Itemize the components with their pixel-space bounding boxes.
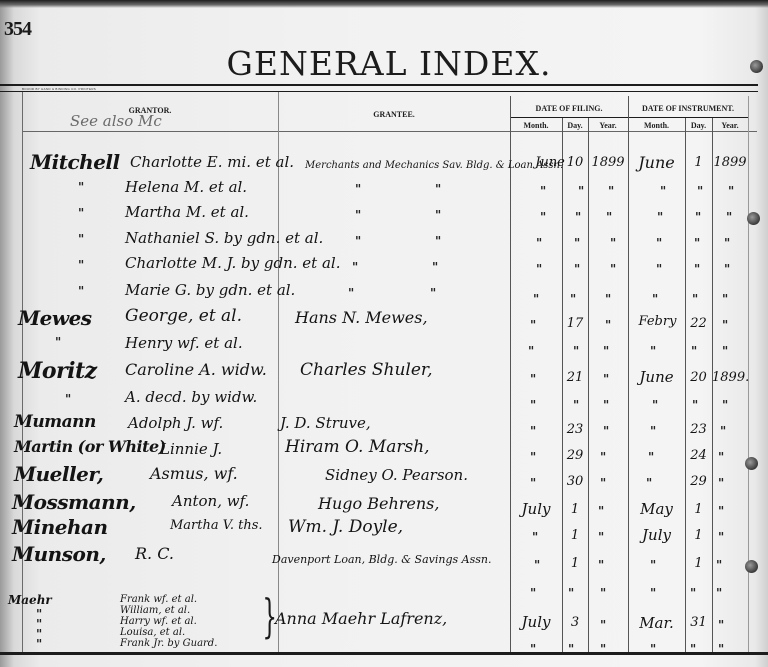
ditto-mark: " xyxy=(530,398,536,412)
ditto-mark: " xyxy=(78,232,84,246)
filing-day: 3 xyxy=(562,615,588,630)
ditto-mark: " xyxy=(355,234,361,248)
grantor-given: Marie G. by gdn. et al. xyxy=(125,281,295,299)
granter: Wm. J. Doyle, xyxy=(288,517,403,537)
binder-hole-icon xyxy=(750,60,763,73)
instr-month: June xyxy=(628,153,685,172)
header-instr-year: Year. xyxy=(712,121,748,130)
ditto-mark: " xyxy=(657,210,663,224)
ledger-page: 354 GENERAL INDEX. BOUND BY HAND & BINDI… xyxy=(0,0,768,667)
grantor-given: Anton, wf. xyxy=(172,492,249,510)
instr-year: 1899. xyxy=(712,370,748,385)
binder-hole-icon xyxy=(747,212,760,225)
page-number: 354 xyxy=(4,18,31,41)
ditto-mark: " xyxy=(650,642,656,656)
ditto-mark: " xyxy=(65,392,71,406)
ditto-mark: " xyxy=(603,398,609,412)
ditto-mark: " xyxy=(692,398,698,412)
col-line-filing-month-day xyxy=(562,118,563,652)
ditto-mark: " xyxy=(573,344,579,358)
ditto-mark: " xyxy=(600,586,606,600)
filing-day: 17 xyxy=(562,316,588,331)
col-line-grantor-granter xyxy=(278,92,279,652)
ditto-mark: " xyxy=(610,262,616,276)
ditto-mark: " xyxy=(718,618,724,632)
grantor-surname: Mueller, xyxy=(14,462,103,486)
grantor-given: Martha M. et al. xyxy=(125,203,249,221)
header-filing-day: Day. xyxy=(562,121,588,130)
granter: Hans N. Mewes, xyxy=(295,308,428,327)
grantor-surname: Martin (or White) xyxy=(14,437,166,456)
header-date-of-filing: DATE OF FILING. xyxy=(510,104,628,113)
grantor-surname: Munson, xyxy=(12,542,106,566)
granter: J. D. Struve, xyxy=(280,414,371,432)
header-instr-month: Month. xyxy=(628,121,685,130)
instr-day: 29 xyxy=(685,474,712,489)
ditto-mark: " xyxy=(598,504,604,518)
ditto-mark: " xyxy=(603,344,609,358)
instr-day: 20 xyxy=(685,370,712,385)
ditto-mark: " xyxy=(606,210,612,224)
grantor-given-line: Louisa, et al. xyxy=(120,627,185,638)
ditto-mark: " xyxy=(578,184,584,198)
granter: Hugo Behrens, xyxy=(318,494,439,513)
ditto-mark: " xyxy=(36,637,42,651)
grantor-given: A. decd. by widw. xyxy=(125,388,257,406)
instr-day: 23 xyxy=(685,422,712,437)
filing-day: 21 xyxy=(562,370,588,385)
ditto-mark: " xyxy=(435,182,441,196)
header-date-of-instrument: DATE OF INSTRUMENT. xyxy=(628,104,748,113)
ditto-mark: " xyxy=(533,292,539,306)
ditto-mark: " xyxy=(530,372,536,386)
grantor-surname: Mossmann, xyxy=(12,490,136,514)
col-line-granter-filing xyxy=(510,96,511,652)
ditto-mark: " xyxy=(600,642,606,656)
grantor-given: Linnie J. xyxy=(160,440,222,458)
ditto-mark: " xyxy=(432,260,438,274)
ditto-mark: " xyxy=(610,236,616,250)
instr-month: Febry xyxy=(630,314,685,329)
ditto-mark: " xyxy=(656,236,662,250)
ditto-mark: " xyxy=(355,182,361,196)
col-line-instr-day-year xyxy=(712,118,713,652)
binder-hole-icon xyxy=(745,457,758,470)
ditto-mark: " xyxy=(536,236,542,250)
ditto-mark: " xyxy=(722,344,728,358)
ditto-mark: " xyxy=(568,586,574,600)
page-title: GENERAL INDEX. xyxy=(0,44,768,83)
ditto-mark: " xyxy=(718,476,724,490)
ditto-mark: " xyxy=(650,586,656,600)
binding-shadow xyxy=(0,0,768,8)
filing-day: 30 xyxy=(562,474,588,489)
ditto-mark: " xyxy=(690,586,696,600)
grantor-given: Charlotte M. J. by gdn. et al. xyxy=(125,254,341,272)
instr-month: Mar. xyxy=(628,614,685,632)
filing-day: 10 xyxy=(562,155,588,170)
grantor-given: Asmus, wf. xyxy=(150,464,238,483)
ditto-mark: " xyxy=(650,558,656,572)
ditto-mark: " xyxy=(646,476,652,490)
ditto-mark: " xyxy=(724,236,730,250)
ditto-mark: " xyxy=(722,398,728,412)
ditto-mark: " xyxy=(435,234,441,248)
ditto-mark: " xyxy=(530,642,536,656)
ditto-mark: " xyxy=(656,262,662,276)
ditto-mark: " xyxy=(78,206,84,220)
instr-day: 1 xyxy=(685,502,712,517)
grantor-surname: Mewes xyxy=(18,306,92,330)
ditto-mark: " xyxy=(718,450,724,464)
ditto-mark: " xyxy=(718,642,724,656)
filing-month: June xyxy=(535,155,565,170)
grantor-given: Charlotte E. mi. et al. xyxy=(130,153,294,171)
filing-year: 1899 xyxy=(588,155,628,170)
ditto-mark: " xyxy=(536,262,542,276)
ditto-mark: " xyxy=(55,335,61,349)
instr-month: July xyxy=(628,526,685,544)
grantor-given: Caroline A. widw. xyxy=(125,360,267,379)
ditto-mark: " xyxy=(540,210,546,224)
ditto-mark: " xyxy=(528,344,534,358)
see-also-note: See also Mc xyxy=(70,112,162,130)
ditto-mark: " xyxy=(648,450,654,464)
grantor-surname: Maehr xyxy=(8,593,52,607)
header-rule-bottom xyxy=(22,131,757,132)
grantor-given: Helena M. et al. xyxy=(125,178,247,196)
ditto-mark: " xyxy=(574,262,580,276)
ditto-mark: " xyxy=(603,372,609,386)
ditto-mark: " xyxy=(600,476,606,490)
ditto-mark: " xyxy=(722,318,728,332)
header-filing-month: Month. xyxy=(510,121,562,130)
ditto-mark: " xyxy=(726,210,732,224)
ditto-mark: " xyxy=(722,292,728,306)
instr-month: June xyxy=(628,368,685,386)
ditto-mark: " xyxy=(570,292,576,306)
grantor-given-line: Frank Jr. by Guard. xyxy=(120,638,217,649)
ditto-mark: " xyxy=(650,344,656,358)
ditto-mark: " xyxy=(605,292,611,306)
ditto-mark: " xyxy=(530,318,536,332)
ditto-mark: " xyxy=(573,398,579,412)
grantor-given: Henry wf. et al. xyxy=(125,334,243,352)
ditto-mark: " xyxy=(690,642,696,656)
grantor-given-line: Frank wf. et al. xyxy=(120,594,197,605)
ditto-mark: " xyxy=(605,318,611,332)
ditto-mark: " xyxy=(430,286,436,300)
col-line-filing-day-year xyxy=(588,118,589,652)
ditto-mark: " xyxy=(697,184,703,198)
grantor-given: R. C. xyxy=(135,544,174,563)
ditto-mark: " xyxy=(728,184,734,198)
instr-day: 1 xyxy=(685,528,712,543)
ditto-mark: " xyxy=(650,424,656,438)
ditto-mark: " xyxy=(652,398,658,412)
granter: Hiram O. Marsh, xyxy=(285,437,430,457)
granter: Sidney O. Pearson. xyxy=(325,466,468,484)
filing-day: 1 xyxy=(562,556,588,571)
ditto-mark: " xyxy=(435,208,441,222)
ditto-mark: " xyxy=(608,184,614,198)
instr-year: 1899 xyxy=(712,155,748,170)
granter: Anna Maehr Lafrenz, xyxy=(275,609,447,628)
ditto-mark: " xyxy=(530,424,536,438)
ditto-mark: " xyxy=(540,184,546,198)
header-rule-top xyxy=(0,84,758,86)
ditto-mark: " xyxy=(532,530,538,544)
filing-day: 1 xyxy=(562,502,588,517)
ditto-mark: " xyxy=(603,424,609,438)
granter: Merchants and Mechanics Sav. Bldg. & Loa… xyxy=(305,160,563,171)
ditto-mark: " xyxy=(352,260,358,274)
grantor-surname: Moritz xyxy=(18,358,97,384)
col-line-instr-month-day xyxy=(685,118,686,652)
instr-day: 1 xyxy=(685,155,712,170)
ditto-mark: " xyxy=(534,558,540,572)
grantor-given-line: William, et al. xyxy=(120,605,190,616)
ditto-mark: " xyxy=(348,286,354,300)
instr-day: 24 xyxy=(685,448,712,463)
ditto-mark: " xyxy=(694,262,700,276)
grantor-surname: Mitchell xyxy=(30,150,120,174)
ditto-mark: " xyxy=(600,450,606,464)
ditto-mark: " xyxy=(692,292,698,306)
ditto-mark: " xyxy=(720,424,726,438)
grantor-given: Martha V. ths. xyxy=(170,518,263,533)
ditto-mark: " xyxy=(575,210,581,224)
ditto-mark: " xyxy=(78,284,84,298)
ditto-mark: " xyxy=(718,530,724,544)
filing-day: 23 xyxy=(562,422,588,437)
header-instr-day: Day. xyxy=(685,121,712,130)
filing-month: July xyxy=(510,613,562,631)
filing-day: 29 xyxy=(562,448,588,463)
ditto-mark: " xyxy=(78,258,84,272)
grantor-given-line: Harry wf. et al. xyxy=(120,616,197,627)
filing-month: July xyxy=(510,500,562,518)
ditto-mark: " xyxy=(598,530,604,544)
ditto-mark: " xyxy=(598,558,604,572)
filing-day: 1 xyxy=(562,528,588,543)
granter: Davenport Loan, Bldg. & Savings Assn. xyxy=(272,553,491,566)
ditto-mark: " xyxy=(660,184,666,198)
ditto-mark: " xyxy=(530,586,536,600)
ditto-mark: " xyxy=(724,262,730,276)
ditto-mark: " xyxy=(718,504,724,518)
header-granter: GRANTEE. xyxy=(344,110,444,119)
instr-month: May xyxy=(628,500,685,518)
ditto-mark: " xyxy=(716,586,722,600)
ditto-mark: " xyxy=(600,618,606,632)
binder-hole-icon xyxy=(745,560,758,573)
ditto-mark: " xyxy=(568,642,574,656)
header-rule-second xyxy=(0,91,758,92)
instr-day: 1 xyxy=(685,556,712,571)
grantor-given: Nathaniel S. by gdn. et al. xyxy=(125,229,323,247)
instr-day: 31 xyxy=(685,615,712,630)
ditto-mark: " xyxy=(695,210,701,224)
ditto-mark: " xyxy=(652,292,658,306)
grantor-surname: Minehan xyxy=(12,515,108,539)
granter: Charles Shuler, xyxy=(300,360,433,380)
ditto-mark: " xyxy=(78,180,84,194)
grantor-given: Adolph J. wf. xyxy=(128,414,223,432)
header-filing-year: Year. xyxy=(588,121,628,130)
ditto-mark: " xyxy=(355,208,361,222)
ditto-mark: " xyxy=(530,476,536,490)
grantor-given: George, et al. xyxy=(125,306,242,326)
ditto-mark: " xyxy=(691,344,697,358)
grantor-surname: Mumann xyxy=(14,412,96,432)
ditto-mark: " xyxy=(716,558,722,572)
instr-day: 22 xyxy=(685,316,712,331)
ditto-mark: " xyxy=(694,236,700,250)
ditto-mark: " xyxy=(530,450,536,464)
ditto-mark: " xyxy=(574,236,580,250)
